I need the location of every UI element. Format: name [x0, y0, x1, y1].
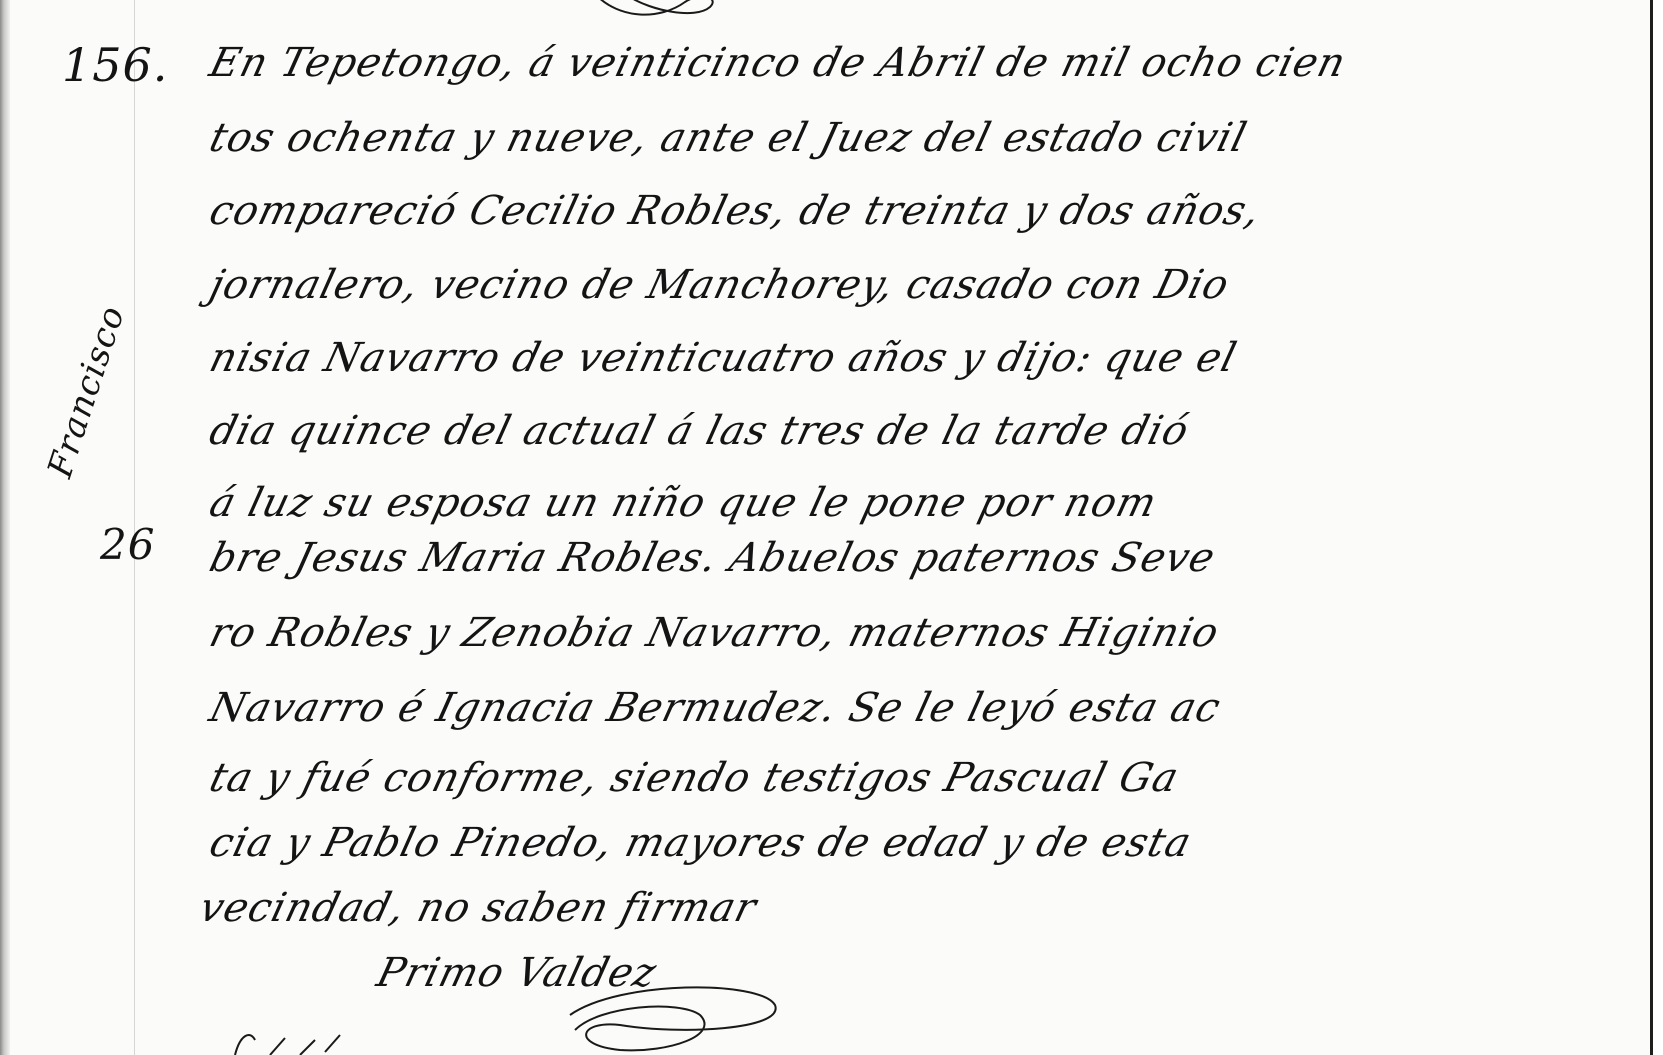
- page-border-right: [1650, 0, 1663, 1055]
- next-entry-stub: [230, 1030, 350, 1055]
- document-page: 156. Francisco 26 En Tepetongo, á veinti…: [0, 0, 1663, 1055]
- text-line: á luz su esposa un niño que le pone por …: [205, 480, 1162, 526]
- text-line: ta y fué conforme, siendo testigos Pascu…: [205, 755, 1184, 801]
- signature-flourish-icon: [560, 975, 790, 1055]
- text-line: tos ochenta y nueve, ante el Juez del es…: [205, 115, 1252, 161]
- text-line: dia quince del actual á las tres de la t…: [205, 408, 1194, 454]
- text-line: cia y Pablo Pinedo, mayores de edad y de…: [205, 820, 1196, 866]
- margin-name: Francisco: [40, 301, 133, 483]
- text-line: En Tepetongo, á veinticinco de Abril de …: [205, 40, 1351, 86]
- text-line: bre Jesus Maria Robles. Abuelos paternos…: [205, 535, 1220, 581]
- text-line: Navarro é Ignacia Bermudez. Se le leyó e…: [205, 685, 1226, 731]
- margin-code: 26: [100, 520, 155, 569]
- text-line: jornalero, vecino de Manchorey, casado c…: [205, 262, 1234, 308]
- flourish-icon: [590, 0, 730, 22]
- text-line: nisia Navarro de veinticuatro años y dij…: [205, 335, 1241, 381]
- text-line: ro Robles y Zenobia Navarro, maternos Hi…: [205, 610, 1224, 656]
- scan-edge-left: [0, 0, 10, 1055]
- text-line: vecindad, no saben firmar: [195, 885, 762, 931]
- text-line: compareció Cecilio Robles, de treinta y …: [205, 188, 1265, 234]
- entry-number: 156.: [62, 38, 168, 92]
